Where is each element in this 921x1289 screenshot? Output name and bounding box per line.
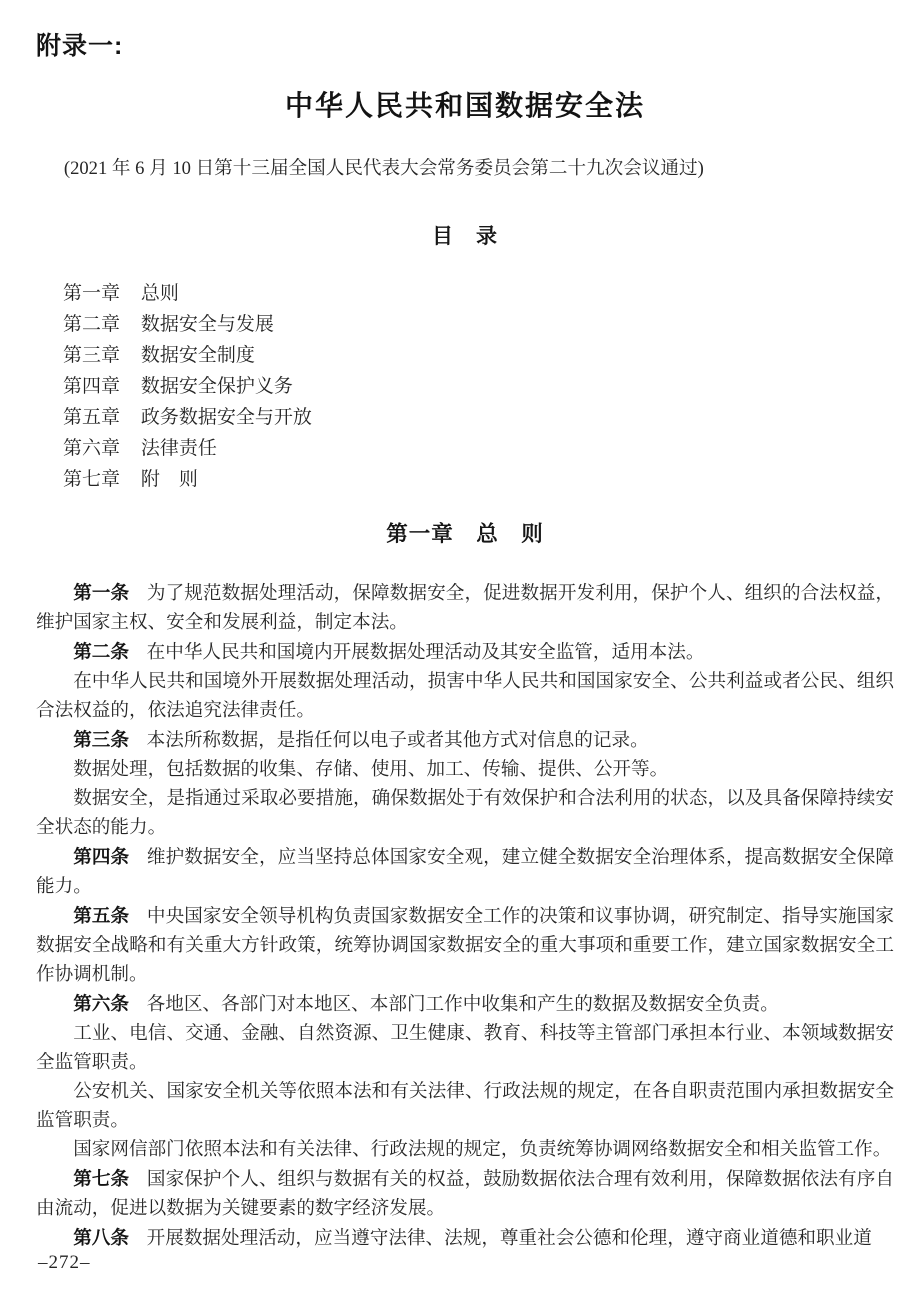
toc-chapter-title: 总则 xyxy=(141,283,179,304)
law-paragraph: 公安机关、国家安全机关等依照本法和有关法律、行政法规的规定，在各自职责范围内承担… xyxy=(36,1077,894,1135)
toc-item: 第六章法律责任 xyxy=(63,433,894,464)
paragraph-text: 国家网信部门依照本法和有关法律、行政法规的规定，负责统筹协调网络数据安全和相关监… xyxy=(73,1139,891,1160)
toc-title: 目 录 xyxy=(36,220,894,250)
law-paragraph: 国家网信部门依照本法和有关法律、行政法规的规定，负责统筹协调网络数据安全和相关监… xyxy=(36,1135,894,1164)
toc-chapter-title: 附 则 xyxy=(141,469,198,490)
article-number: 第四条 xyxy=(73,846,129,867)
toc-chapter-number: 第六章 xyxy=(63,438,120,459)
article-number: 第三条 xyxy=(73,729,129,750)
chapter-body: 第一条为了规范数据处理活动，保障数据安全，促进数据开发利用，保护个人、组织的合法… xyxy=(36,578,894,1253)
document-page: 附录一: 中华人民共和国数据安全法 (2021 年 6 月 10 日第十三届全国… xyxy=(0,0,921,1289)
toc-item: 第二章数据安全与发展 xyxy=(63,309,894,340)
law-paragraph: 数据安全，是指通过采取必要措施，确保数据处于有效保护和合法利用的状态，以及具备保… xyxy=(36,784,894,842)
article-number: 第五条 xyxy=(73,905,129,926)
law-paragraph: 数据处理，包括数据的收集、存储、使用、加工、传输、提供、公开等。 xyxy=(36,755,894,784)
page-number: –272– xyxy=(38,1252,91,1274)
appendix-label: 附录一: xyxy=(36,26,894,62)
law-paragraph: 第五条中央国家安全领导机构负责国家数据安全工作的决策和议事协调，研究制定、指导实… xyxy=(36,901,894,989)
paragraph-text: 工业、电信、交通、金融、自然资源、卫生健康、教育、科技等主管部门承担本行业、本领… xyxy=(36,1023,894,1073)
table-of-contents: 第一章总则 第二章数据安全与发展 第三章数据安全制度 第四章数据安全保护义务 第… xyxy=(63,278,894,495)
toc-chapter-title: 政务数据安全与开放 xyxy=(141,407,312,428)
law-paragraph: 在中华人民共和国境外开展数据处理活动，损害中华人民共和国国家安全、公共利益或者公… xyxy=(36,667,894,725)
article-number: 第一条 xyxy=(73,582,129,603)
toc-item: 第七章附 则 xyxy=(63,464,894,495)
law-paragraph: 第四条维护数据安全，应当坚持总体国家安全观，建立健全数据安全治理体系，提高数据安… xyxy=(36,842,894,901)
law-paragraph: 第一条为了规范数据处理活动，保障数据安全，促进数据开发利用，保护个人、组织的合法… xyxy=(36,578,894,637)
law-paragraph: 第三条本法所称数据，是指任何以电子或者其他方式对信息的记录。 xyxy=(36,725,894,755)
paragraph-text: 为了规范数据处理活动，保障数据安全，促进数据开发利用，保护个人、组织的合法权益，… xyxy=(36,583,894,633)
toc-chapter-title: 数据安全制度 xyxy=(141,345,255,366)
article-number: 第二条 xyxy=(73,641,129,662)
toc-chapter-title: 数据安全与发展 xyxy=(141,314,274,335)
toc-chapter-number: 第五章 xyxy=(63,407,120,428)
toc-chapter-number: 第四章 xyxy=(63,376,120,397)
paragraph-text: 在中华人民共和国境外开展数据处理活动，损害中华人民共和国国家安全、公共利益或者公… xyxy=(36,671,894,721)
toc-item: 第一章总则 xyxy=(63,278,894,309)
paragraph-text: 开展数据处理活动，应当遵守法律、法规，尊重社会公德和伦理，遵守商业道德和职业道 xyxy=(147,1228,872,1249)
law-paragraph: 第七条国家保护个人、组织与数据有关的权益，鼓励数据依法合理有效利用，保障数据依法… xyxy=(36,1164,894,1223)
document-title: 中华人民共和国数据安全法 xyxy=(36,84,894,124)
paragraph-text: 在中华人民共和国境内开展数据处理活动及其安全监管，适用本法。 xyxy=(147,642,705,663)
toc-item: 第三章数据安全制度 xyxy=(63,340,894,371)
law-paragraph: 第六条各地区、各部门对本地区、本部门工作中收集和产生的数据及数据安全负责。 xyxy=(36,989,894,1019)
toc-chapter-number: 第二章 xyxy=(63,314,120,335)
article-number: 第六条 xyxy=(73,993,129,1014)
toc-item: 第五章政务数据安全与开放 xyxy=(63,402,894,433)
paragraph-text: 数据处理，包括数据的收集、存储、使用、加工、传输、提供、公开等。 xyxy=(73,759,668,780)
article-number: 第八条 xyxy=(73,1227,129,1248)
law-paragraph: 第二条在中华人民共和国境内开展数据处理活动及其安全监管，适用本法。 xyxy=(36,637,894,667)
toc-chapter-number: 第七章 xyxy=(63,469,120,490)
paragraph-text: 维护数据安全，应当坚持总体国家安全观，建立健全数据安全治理体系，提高数据安全保障… xyxy=(36,847,894,897)
toc-item: 第四章数据安全保护义务 xyxy=(63,371,894,402)
law-paragraph: 工业、电信、交通、金融、自然资源、卫生健康、教育、科技等主管部门承担本行业、本领… xyxy=(36,1019,894,1077)
adoption-note: (2021 年 6 月 10 日第十三届全国人民代表大会常务委员会第二十九次会议… xyxy=(36,154,894,180)
paragraph-text: 各地区、各部门对本地区、本部门工作中收集和产生的数据及数据安全负责。 xyxy=(147,994,779,1015)
paragraph-text: 国家保护个人、组织与数据有关的权益，鼓励数据依法合理有效利用，保障数据依法有序自… xyxy=(36,1169,894,1219)
toc-chapter-title: 数据安全保护义务 xyxy=(141,376,293,397)
paragraph-text: 数据安全，是指通过采取必要措施，确保数据处于有效保护和合法利用的状态，以及具备保… xyxy=(36,788,894,838)
paragraph-text: 本法所称数据，是指任何以电子或者其他方式对信息的记录。 xyxy=(147,730,649,751)
article-number: 第七条 xyxy=(73,1168,129,1189)
toc-chapter-number: 第三章 xyxy=(63,345,120,366)
paragraph-text: 中央国家安全领导机构负责国家数据安全工作的决策和议事协调，研究制定、指导实施国家… xyxy=(36,906,894,985)
toc-chapter-title: 法律责任 xyxy=(141,438,217,459)
law-paragraph: 第八条开展数据处理活动，应当遵守法律、法规，尊重社会公德和伦理，遵守商业道德和职… xyxy=(36,1223,894,1253)
chapter-heading: 第一章 总 则 xyxy=(36,517,894,548)
paragraph-text: 公安机关、国家安全机关等依照本法和有关法律、行政法规的规定，在各自职责范围内承担… xyxy=(36,1081,894,1131)
toc-chapter-number: 第一章 xyxy=(63,283,120,304)
